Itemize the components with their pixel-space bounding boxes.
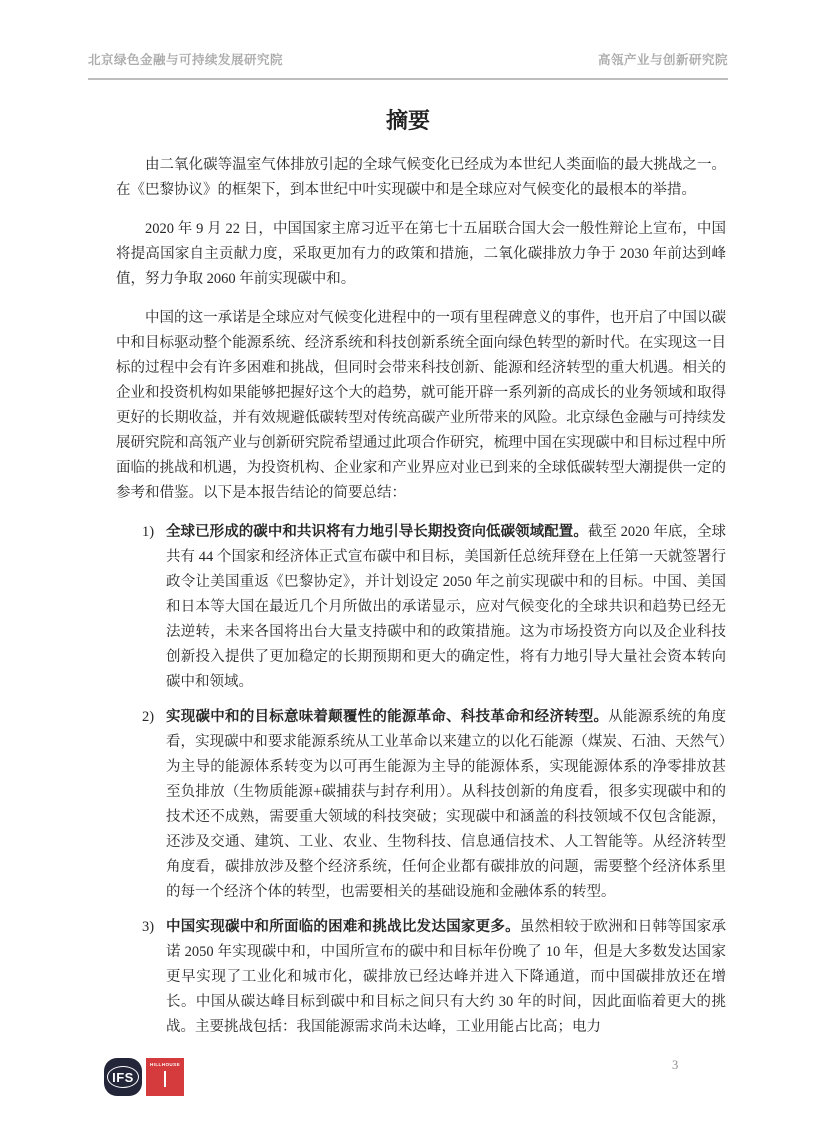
list-item-lead: 实现碳中和的目标意味着颠覆性的能源革命、科技革命和经济转型。	[166, 709, 608, 725]
hillhouse-logo: HILLHOUSE	[146, 1058, 184, 1096]
list-item-lead: 中国实现碳中和所面临的困难和挑战比发达国家更多。	[166, 919, 520, 935]
document-body: 由二氧化碳等温室气体排放引起的全球气候变化已经成为本世纪人类面临的最大挑战之一。…	[88, 153, 728, 1040]
page-number: 3	[672, 1058, 678, 1073]
list-item: 3) 中国实现碳中和所面临的困难和挑战比发达国家更多。虽然相较于欧洲和日韩等国家…	[116, 915, 726, 1040]
list-item-number: 2)	[142, 705, 154, 730]
paragraph: 由二氧化碳等温室气体排放引起的全球气候变化已经成为本世纪人类面临的最大挑战之一。…	[116, 153, 726, 203]
list-item-lead: 全球已形成的碳中和共识将有力地引导长期投资向低碳领域配置。	[166, 524, 588, 540]
list-item-number: 1)	[142, 520, 154, 545]
ifs-logo: IFS	[104, 1058, 142, 1096]
header-right-org: 高瓴产业与创新研究院	[598, 50, 728, 68]
list-item: 1) 全球已形成的碳中和共识将有力地引导长期投资向低碳领域配置。截至 2020 …	[116, 520, 726, 695]
paragraph: 2020 年 9 月 22 日，中国国家主席习近平在第七十五届联合国大会一般性辩…	[116, 217, 726, 292]
hillhouse-logo-text: HILLHOUSE	[146, 1058, 184, 1067]
ifs-logo-text: IFS	[107, 1066, 139, 1088]
list-item-text: 截至 2020 年底，全球共有 44 个国家和经济体正式宣布碳中和目标，美国新任…	[166, 524, 726, 690]
list-item-number: 3)	[142, 915, 154, 940]
hillhouse-logo-mark	[164, 1071, 166, 1087]
list-item-text: 从能源系统的角度看，实现碳中和要求能源系统从工业革命以来建立的以化石能源（煤炭、…	[166, 709, 726, 900]
page-header: 北京绿色金融与可持续发展研究院 高瓴产业与创新研究院	[88, 0, 728, 68]
header-left-org: 北京绿色金融与可持续发展研究院	[88, 50, 283, 68]
paragraph: 中国的这一承诺是全球应对气候变化进程中的一项有里程碑意义的事件，也开启了中国以碳…	[116, 306, 726, 506]
list-item: 2) 实现碳中和的目标意味着颠覆性的能源革命、科技革命和经济转型。从能源系统的角…	[116, 705, 726, 905]
list-item-text: 虽然相较于欧洲和日韩等国家承诺 2050 年实现碳中和，中国所宣布的碳中和目标年…	[166, 919, 726, 1035]
page-title: 摘要	[88, 104, 728, 135]
header-divider	[88, 78, 728, 80]
document-page: 北京绿色金融与可持续发展研究院 高瓴产业与创新研究院 摘要 由二氧化碳等温室气体…	[0, 0, 816, 1145]
